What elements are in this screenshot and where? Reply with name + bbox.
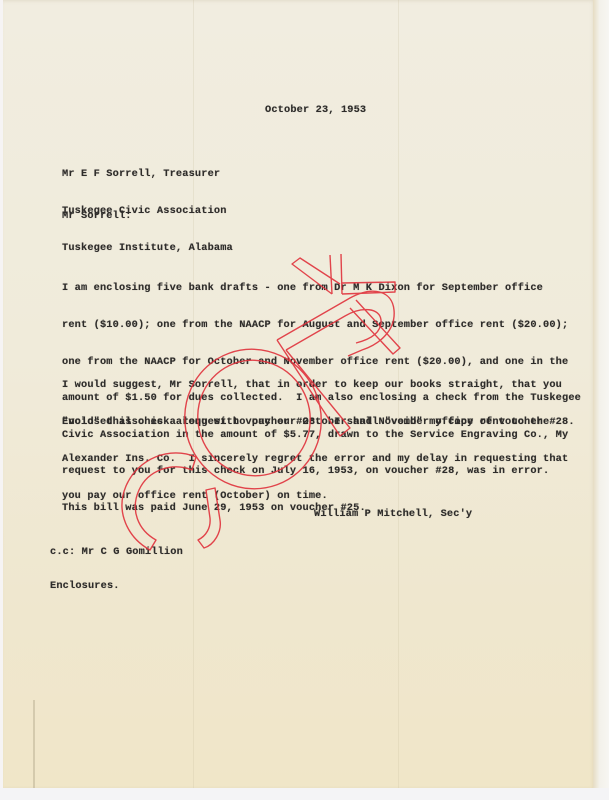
scan-bottom-margin	[0, 788, 609, 800]
address-line-name: Mr E F Sorrell, Treasurer	[62, 168, 233, 180]
letter-date: October 23, 1953	[265, 104, 366, 116]
paper-edge	[593, 0, 609, 800]
paragraph-line: you pay our office rent (October) on tim…	[62, 490, 568, 502]
paragraph-line: I am enclosing five bank drafts - one fr…	[62, 282, 581, 294]
carbon-copy-line: c.c: Mr C G Gomillion	[50, 546, 183, 558]
paragraph-request: Enclosed also is a request to pay our Oc…	[62, 392, 568, 514]
paragraph-line: rent ($10.00); one from the NAACP for Au…	[62, 319, 581, 331]
paper-crease	[33, 700, 35, 790]
recipient-address: Mr E F Sorrell, Treasurer Tuskegee Civic…	[62, 144, 233, 266]
salutation: Mr Sorrell:	[62, 210, 132, 222]
enclosures-line: Enclosures.	[50, 580, 120, 592]
paragraph-line: I would suggest, Mr Sorrell, that in ord…	[62, 379, 575, 391]
signature-line: William P Mitchell, Sec'y	[314, 508, 472, 520]
paragraph-line: Enclosed also is a request to pay our Oc…	[62, 416, 568, 428]
paragraph-line: Alexander Ins. Co. I sincerely regret th…	[62, 453, 568, 465]
address-line-location: Tuskegee Institute, Alabama	[62, 242, 233, 254]
